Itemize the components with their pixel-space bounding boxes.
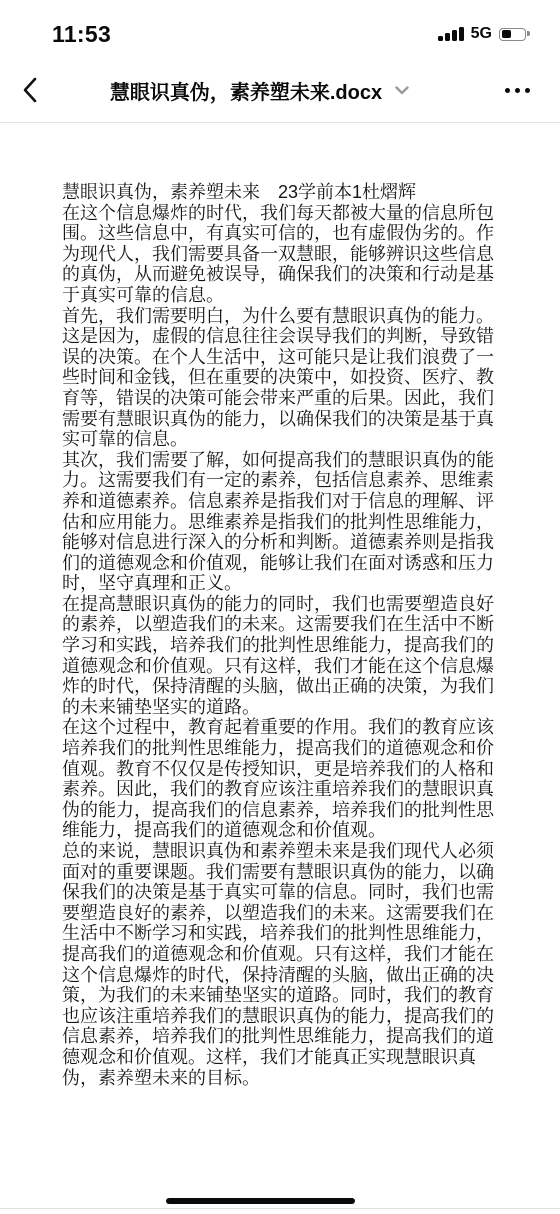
back-button[interactable]: [0, 76, 50, 104]
doc-paragraph: 首先，我们需要明白，为什么要有慧眼识真伪的能力。这是因为，虚假的信息往往会误导我…: [62, 306, 500, 450]
status-time: 11:53: [52, 21, 111, 48]
more-button[interactable]: [475, 88, 560, 93]
network-type-label: 5G: [471, 25, 492, 43]
doc-paragraph: 总的来说，慧眼识真伪和素养塑未来是我们现代人必须面对的重要课题。我们需要有慧眼识…: [62, 841, 500, 1088]
screen-edge-line: [0, 1208, 560, 1209]
chevron-down-icon: [395, 86, 409, 95]
battery-fill: [502, 30, 511, 38]
status-bar: 11:53 5G: [0, 0, 560, 58]
chevron-left-icon: [22, 76, 38, 104]
doc-paragraph: 在这个过程中，教育起着重要的作用。我们的教育应该培养我们的批判性思维能力，提高我…: [62, 717, 500, 841]
ellipsis-icon: [505, 88, 510, 93]
nav-bar: 慧眼识真伪，素养塑未来.docx: [0, 58, 560, 123]
doc-paragraph: 在提高慧眼识真伪的能力的同时，我们也需要塑造良好的素养，以塑造我们的未来。这需要…: [62, 594, 500, 718]
home-indicator[interactable]: [166, 1198, 355, 1204]
document-title: 慧眼识真伪，素养塑未来.docx: [110, 76, 382, 105]
doc-paragraph: 在这个信息爆炸的时代，我们每天都被大量的信息所包围。这些信息中，有真实可信的，也…: [62, 203, 500, 306]
doc-paragraph: 其次，我们需要了解，如何提高我们的慧眼识真伪的能力。这需要我们有一定的素养，包括…: [62, 450, 500, 594]
battery-cap: [527, 31, 530, 36]
status-icons: 5G: [438, 25, 530, 43]
cellular-signal-icon: [438, 27, 464, 41]
document-content[interactable]: 慧眼识真伪，素养塑未来23学前本1杜熠辉 在这个信息爆炸的时代，我们每天都被大量…: [0, 123, 560, 1088]
screen: 11:53 5G 慧眼识真伪，素养塑未来.docx: [0, 0, 560, 1214]
doc-heading-title: 慧眼识真伪，素养塑未来: [62, 182, 260, 202]
nav-title-group: 慧眼识真伪，素养塑未来.docx: [50, 76, 475, 105]
doc-heading: 慧眼识真伪，素养塑未来23学前本1杜熠辉: [62, 182, 500, 203]
battery-icon: [499, 28, 526, 41]
title-dropdown-button[interactable]: [389, 77, 415, 103]
doc-heading-author: 23学前本1杜熠辉: [278, 182, 416, 202]
